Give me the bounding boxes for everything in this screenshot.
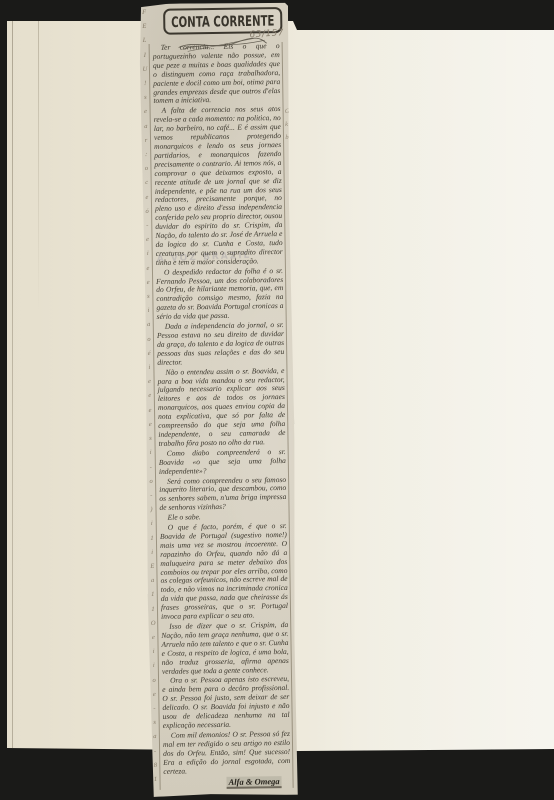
article-paragraph: O despedido redactor da folha é o sr. Fe… <box>156 267 284 322</box>
article-paragraph: Como diabo compreenderá o sr. Boavida «o… <box>159 448 286 477</box>
article-paragraph: O que é facto, porém, é que o sr. Boavid… <box>160 522 288 622</box>
article-paragraph: A falta de correncia nos seus atos revel… <box>154 105 283 267</box>
article-paragraph: Não o entendeu assim o sr. Boavida, e pa… <box>157 367 285 449</box>
author-signature: Alfa & Omega <box>226 776 281 789</box>
article-paragraph: Dada a independencia do jornal, o sr. Pe… <box>157 321 285 367</box>
page-fold-line <box>12 21 13 751</box>
article-column: Ter correncia... Eis o que o portuguezin… <box>149 42 294 790</box>
page-sheen <box>308 21 554 751</box>
archive-pencil-number: 63/157 <box>250 28 285 40</box>
article-paragraph: Com mil demonios! O sr. Pessoa só fez ma… <box>163 730 291 776</box>
page-fold-line-upper <box>38 21 39 313</box>
scanned-album-page: { "colors": { "background": "#1a1a18", "… <box>0 0 554 800</box>
article-paragraph: Será como compreendeu o seu famoso inque… <box>159 475 287 513</box>
masthead-text: CONTA CORRENTE <box>171 13 275 31</box>
article-paragraph: Isso de dizer que o sr. Crispim, da Naçã… <box>161 621 289 676</box>
newspaper-clipping: CONTA CORRENTE 63/157 A VOZ BRAZIL F E L… <box>139 2 300 797</box>
signature-row: Alfa & Omega <box>163 775 290 790</box>
article-paragraph: Ora o sr. Pessoa apenas isto escreveu, e… <box>162 675 290 730</box>
